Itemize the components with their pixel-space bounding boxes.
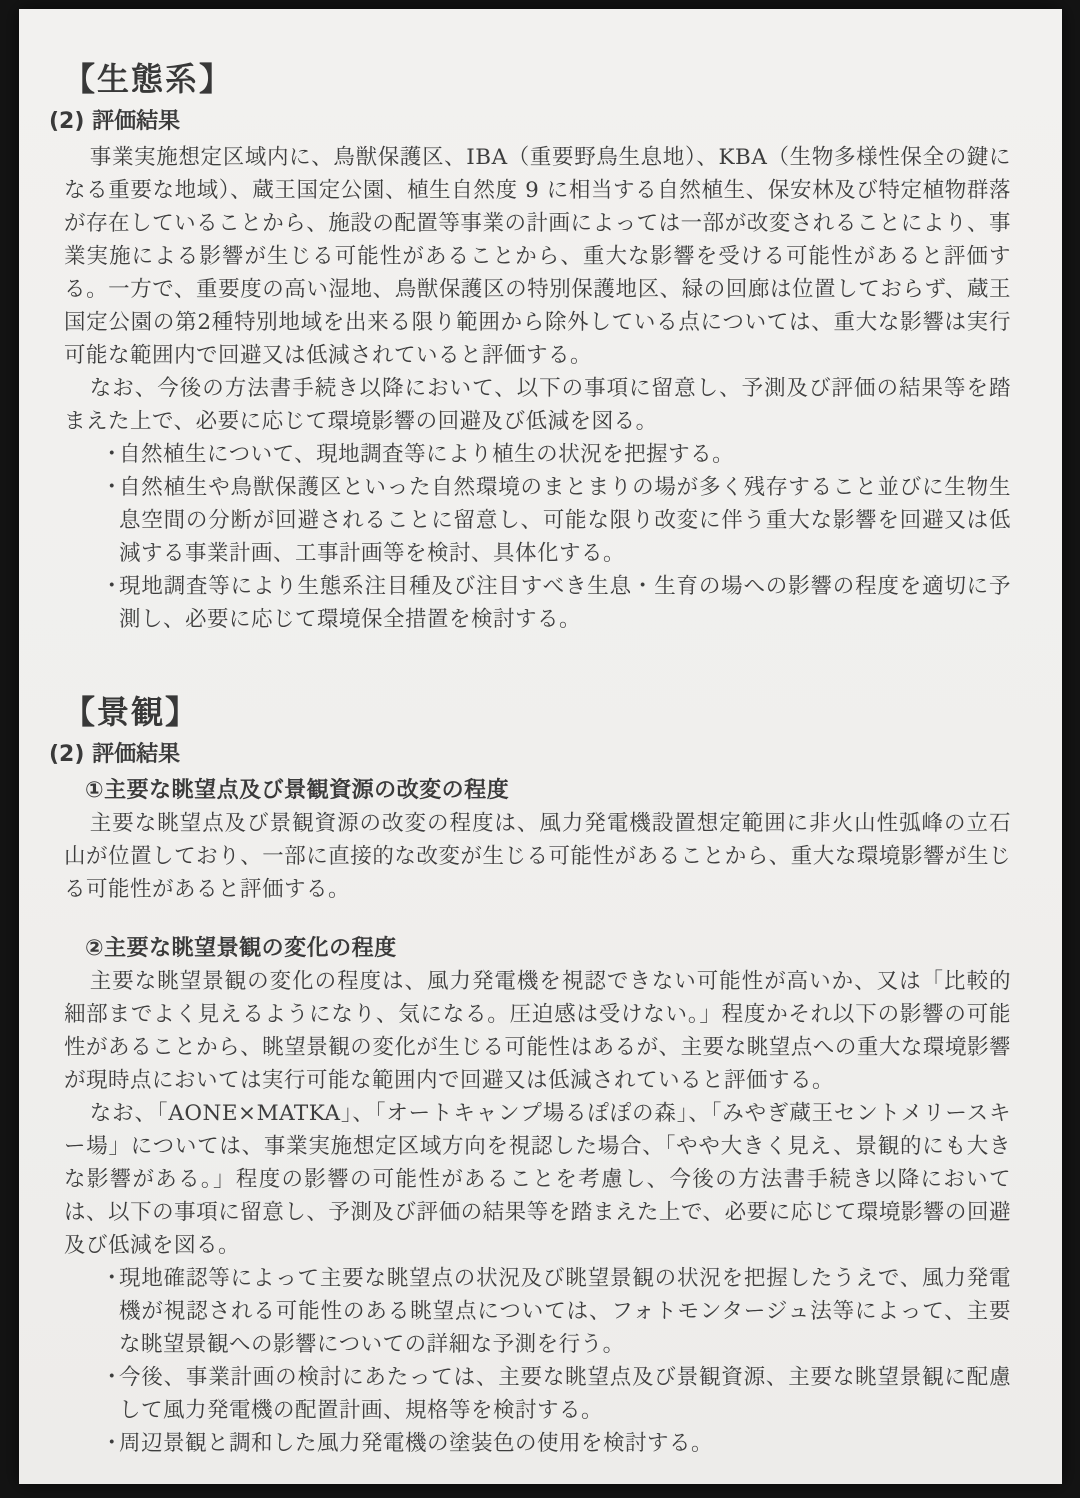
section-heading-landscape: 【景観】 [63, 692, 1013, 732]
bullet-marker: ・ [101, 1427, 119, 1460]
bullet-marker: ・ [101, 1262, 119, 1361]
sub-heading-viewpoint-alteration: ①主要な眺望点及び景観資源の改変の程度 [85, 774, 1013, 807]
bullet-list-ecosystem: ・ 自然植生について、現地調査等により植生の状況を把握する。 ・ 自然植生や鳥獣… [101, 438, 1011, 636]
paragraph-landscape-sub2-2: なお、「AONE×MATKA」、「オートキャンプ場るぽぽの森」、「みやぎ蔵王セン… [64, 1097, 1011, 1262]
list-item: ・ 自然植生について、現地調査等により植生の状況を把握する。 [101, 438, 1011, 471]
bullet-marker: ・ [101, 471, 119, 570]
list-item: ・ 現地調査等により生態系注目種及び注目すべき生息・生育の場への影響の程度を適切… [101, 570, 1011, 636]
section-heading-ecosystem: 【生態系】 [63, 59, 1013, 99]
section-landscape: 【景観】 (2) 評価結果 ①主要な眺望点及び景観資源の改変の程度 主要な眺望点… [49, 692, 1013, 1460]
bullet-marker: ・ [101, 438, 119, 471]
result-label-ecosystem: (2) 評価結果 [49, 107, 1013, 137]
list-item-text: 自然植生について、現地調査等により植生の状況を把握する。 [119, 438, 1011, 471]
bullet-marker: ・ [101, 570, 119, 636]
list-item: ・ 自然植生や鳥獣保護区といった自然環境のまとまりの場が多く残存すること並びに生… [101, 471, 1011, 570]
list-item-text: 現地調査等により生態系注目種及び注目すべき生息・生育の場への影響の程度を適切に予… [119, 570, 1011, 636]
section-ecosystem: 【生態系】 (2) 評価結果 事業実施想定区域内に、鳥獣保護区、IBA（重要野鳥… [49, 59, 1013, 636]
paragraph-ecosystem-1: 事業実施想定区域内に、鳥獣保護区、IBA（重要野鳥生息地）、KBA（生物多様性保… [64, 141, 1011, 372]
bullet-list-landscape: ・ 現地確認等によって主要な眺望点の状況及び眺望景観の状況を把握したうえで、風力… [101, 1262, 1011, 1460]
list-item-text: 周辺景観と調和した風力発電機の塗装色の使用を検討する。 [119, 1427, 1011, 1460]
list-item: ・ 今後、事業計画の検討にあたっては、主要な眺望点及び景観資源、主要な眺望景観に… [101, 1361, 1011, 1427]
paragraph-landscape-sub2-1: 主要な眺望景観の変化の程度は、風力発電機を視認できない可能性が高いか、又は「比較… [64, 965, 1011, 1097]
list-item: ・ 現地確認等によって主要な眺望点の状況及び眺望景観の状況を把握したうえで、風力… [101, 1262, 1011, 1361]
bullet-marker: ・ [101, 1361, 119, 1427]
paragraph-landscape-sub1: 主要な眺望点及び景観資源の改変の程度は、風力発電機設置想定範囲に非火山性弧峰の立… [64, 807, 1011, 906]
paragraph-ecosystem-2: なお、今後の方法書手続き以降において、以下の事項に留意し、予測及び評価の結果等を… [64, 372, 1011, 438]
sub-heading-view-change: ②主要な眺望景観の変化の程度 [85, 932, 1013, 965]
result-label-landscape: (2) 評価結果 [49, 740, 1013, 770]
list-item-text: 今後、事業計画の検討にあたっては、主要な眺望点及び景観資源、主要な眺望景観に配慮… [119, 1361, 1011, 1427]
photo-frame: 【生態系】 (2) 評価結果 事業実施想定区域内に、鳥獣保護区、IBA（重要野鳥… [0, 0, 1080, 1498]
document-page: 【生態系】 (2) 評価結果 事業実施想定区域内に、鳥獣保護区、IBA（重要野鳥… [19, 9, 1062, 1484]
list-item: ・ 周辺景観と調和した風力発電機の塗装色の使用を検討する。 [101, 1427, 1011, 1460]
list-item-text: 自然植生や鳥獣保護区といった自然環境のまとまりの場が多く残存すること並びに生物生… [119, 471, 1011, 570]
list-item-text: 現地確認等によって主要な眺望点の状況及び眺望景観の状況を把握したうえで、風力発電… [119, 1262, 1011, 1361]
